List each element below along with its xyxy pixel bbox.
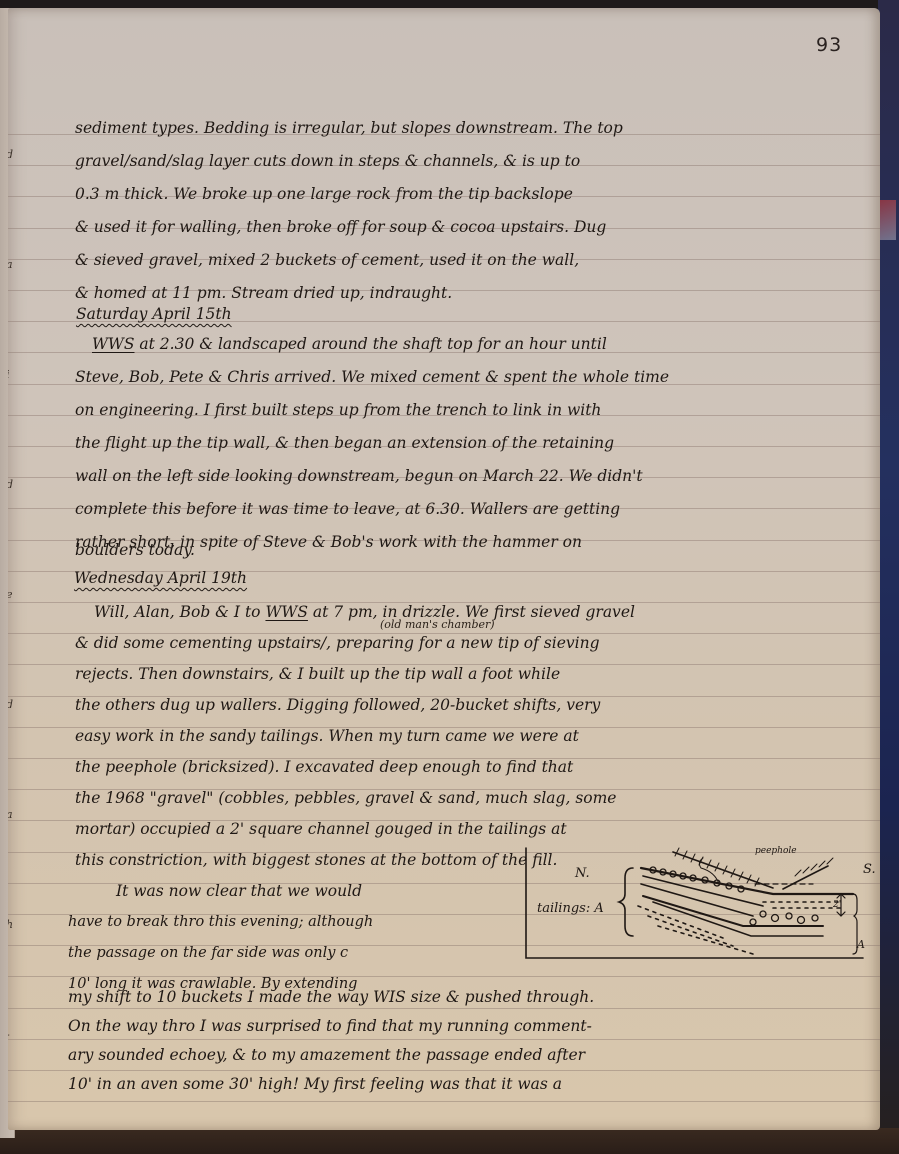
text-line: On the way thro I was surprised to find …: [68, 1016, 592, 1036]
sketch-label-a: A: [857, 938, 865, 951]
text-line: complete this before it was time to leav…: [75, 499, 620, 519]
sketch-label-south: S.: [863, 862, 876, 877]
margin-mark: h: [8, 918, 13, 931]
text-line: 10' in an aven some 30' high! My first f…: [68, 1074, 562, 1094]
text-line: ary sounded echoey, & to my amazement th…: [68, 1045, 585, 1065]
text-line: the others dug up wallers. Digging follo…: [75, 695, 600, 715]
sketch-label-north: N.: [575, 866, 590, 881]
sketch-label-peephole: peephole: [755, 846, 797, 856]
text-line: wall on the left side looking downstream…: [75, 466, 643, 486]
text-line: & homed at 11 pm. Stream dried up, indra…: [75, 283, 452, 303]
text-line: mortar) occupied a 2' square channel gou…: [75, 819, 567, 839]
rule-line: [8, 1101, 880, 1102]
rule-line: [8, 1008, 880, 1009]
margin-mark: i: [8, 368, 10, 381]
text-line: the peephole (bricksized). I excavated d…: [75, 757, 573, 777]
background-fabric: [878, 0, 899, 1154]
photo-scene: 93 sediment types. Bedding is irregular,…: [0, 0, 899, 1154]
text-line: the passage on the far side was only c: [68, 943, 348, 963]
text-line: rejects. Then downstairs, & I built up t…: [75, 664, 560, 684]
entry-heading-wednesday: Wednesday April 19th: [74, 568, 247, 588]
rule-line: [8, 1070, 880, 1071]
text-line: the flight up the tip wall, & then began…: [75, 433, 614, 453]
text-line: & sieved gravel, mixed 2 buckets of ceme…: [75, 250, 579, 270]
sketch-label-depth: 2': [833, 900, 841, 910]
margin-mark: a: [8, 258, 13, 271]
text-line: easy work in the sandy tailings. When my…: [75, 726, 579, 746]
margin-mark: d: [8, 698, 13, 711]
text-line: the 1968 "gravel" (cobbles, pebbles, gra…: [75, 788, 616, 808]
text-line: have to break thro this evening; althoug…: [68, 912, 373, 932]
notebook-page: 93 sediment types. Bedding is irregular,…: [8, 8, 880, 1130]
sketch-label-tailings: tailings: A: [537, 901, 604, 916]
margin-annotation: (old man's chamber): [380, 618, 495, 631]
entry-heading-saturday: Saturday April 15th: [76, 304, 232, 324]
rule-line: [8, 1039, 880, 1040]
text-line: & used it for walling, then broke off fo…: [75, 217, 606, 237]
text-line: & did some cementing upstairs/, preparin…: [75, 633, 600, 653]
text-line: WWS at 2.30 & landscaped around the shaf…: [92, 334, 607, 354]
text-line: gravel/sand/slag layer cuts down in step…: [75, 151, 580, 171]
text-line: on engineering. I first built steps up f…: [75, 400, 601, 420]
margin-mark: d: [8, 478, 13, 491]
text-line: sediment types. Bedding is irregular, bu…: [75, 118, 623, 138]
margin-mark: -: [8, 1028, 10, 1041]
text-line: Will, Alan, Bob & I to WWS at 7 pm, in d…: [94, 602, 635, 622]
text-line: this constriction, with biggest stones a…: [75, 850, 557, 870]
margin-mark: a: [8, 808, 13, 821]
text-line: It was now clear that we would: [116, 881, 362, 901]
text-line: my shift to 10 buckets I made the way WI…: [68, 987, 594, 1007]
site-abbreviation: WWS: [265, 603, 307, 621]
margin-mark: e: [8, 588, 13, 601]
text-line: 0.3 m thick. We broke up one large rock …: [75, 184, 573, 204]
text-line: boulders today.: [75, 540, 195, 560]
table-surface: [0, 1128, 899, 1154]
text-line: Steve, Bob, Pete & Chris arrived. We mix…: [75, 367, 669, 387]
site-abbreviation: WWS: [92, 335, 134, 353]
margin-mark: d: [8, 148, 13, 161]
page-number: 93: [816, 34, 842, 56]
cross-section-sketch: N. S. tailings: A peephole 2' A: [523, 846, 875, 966]
